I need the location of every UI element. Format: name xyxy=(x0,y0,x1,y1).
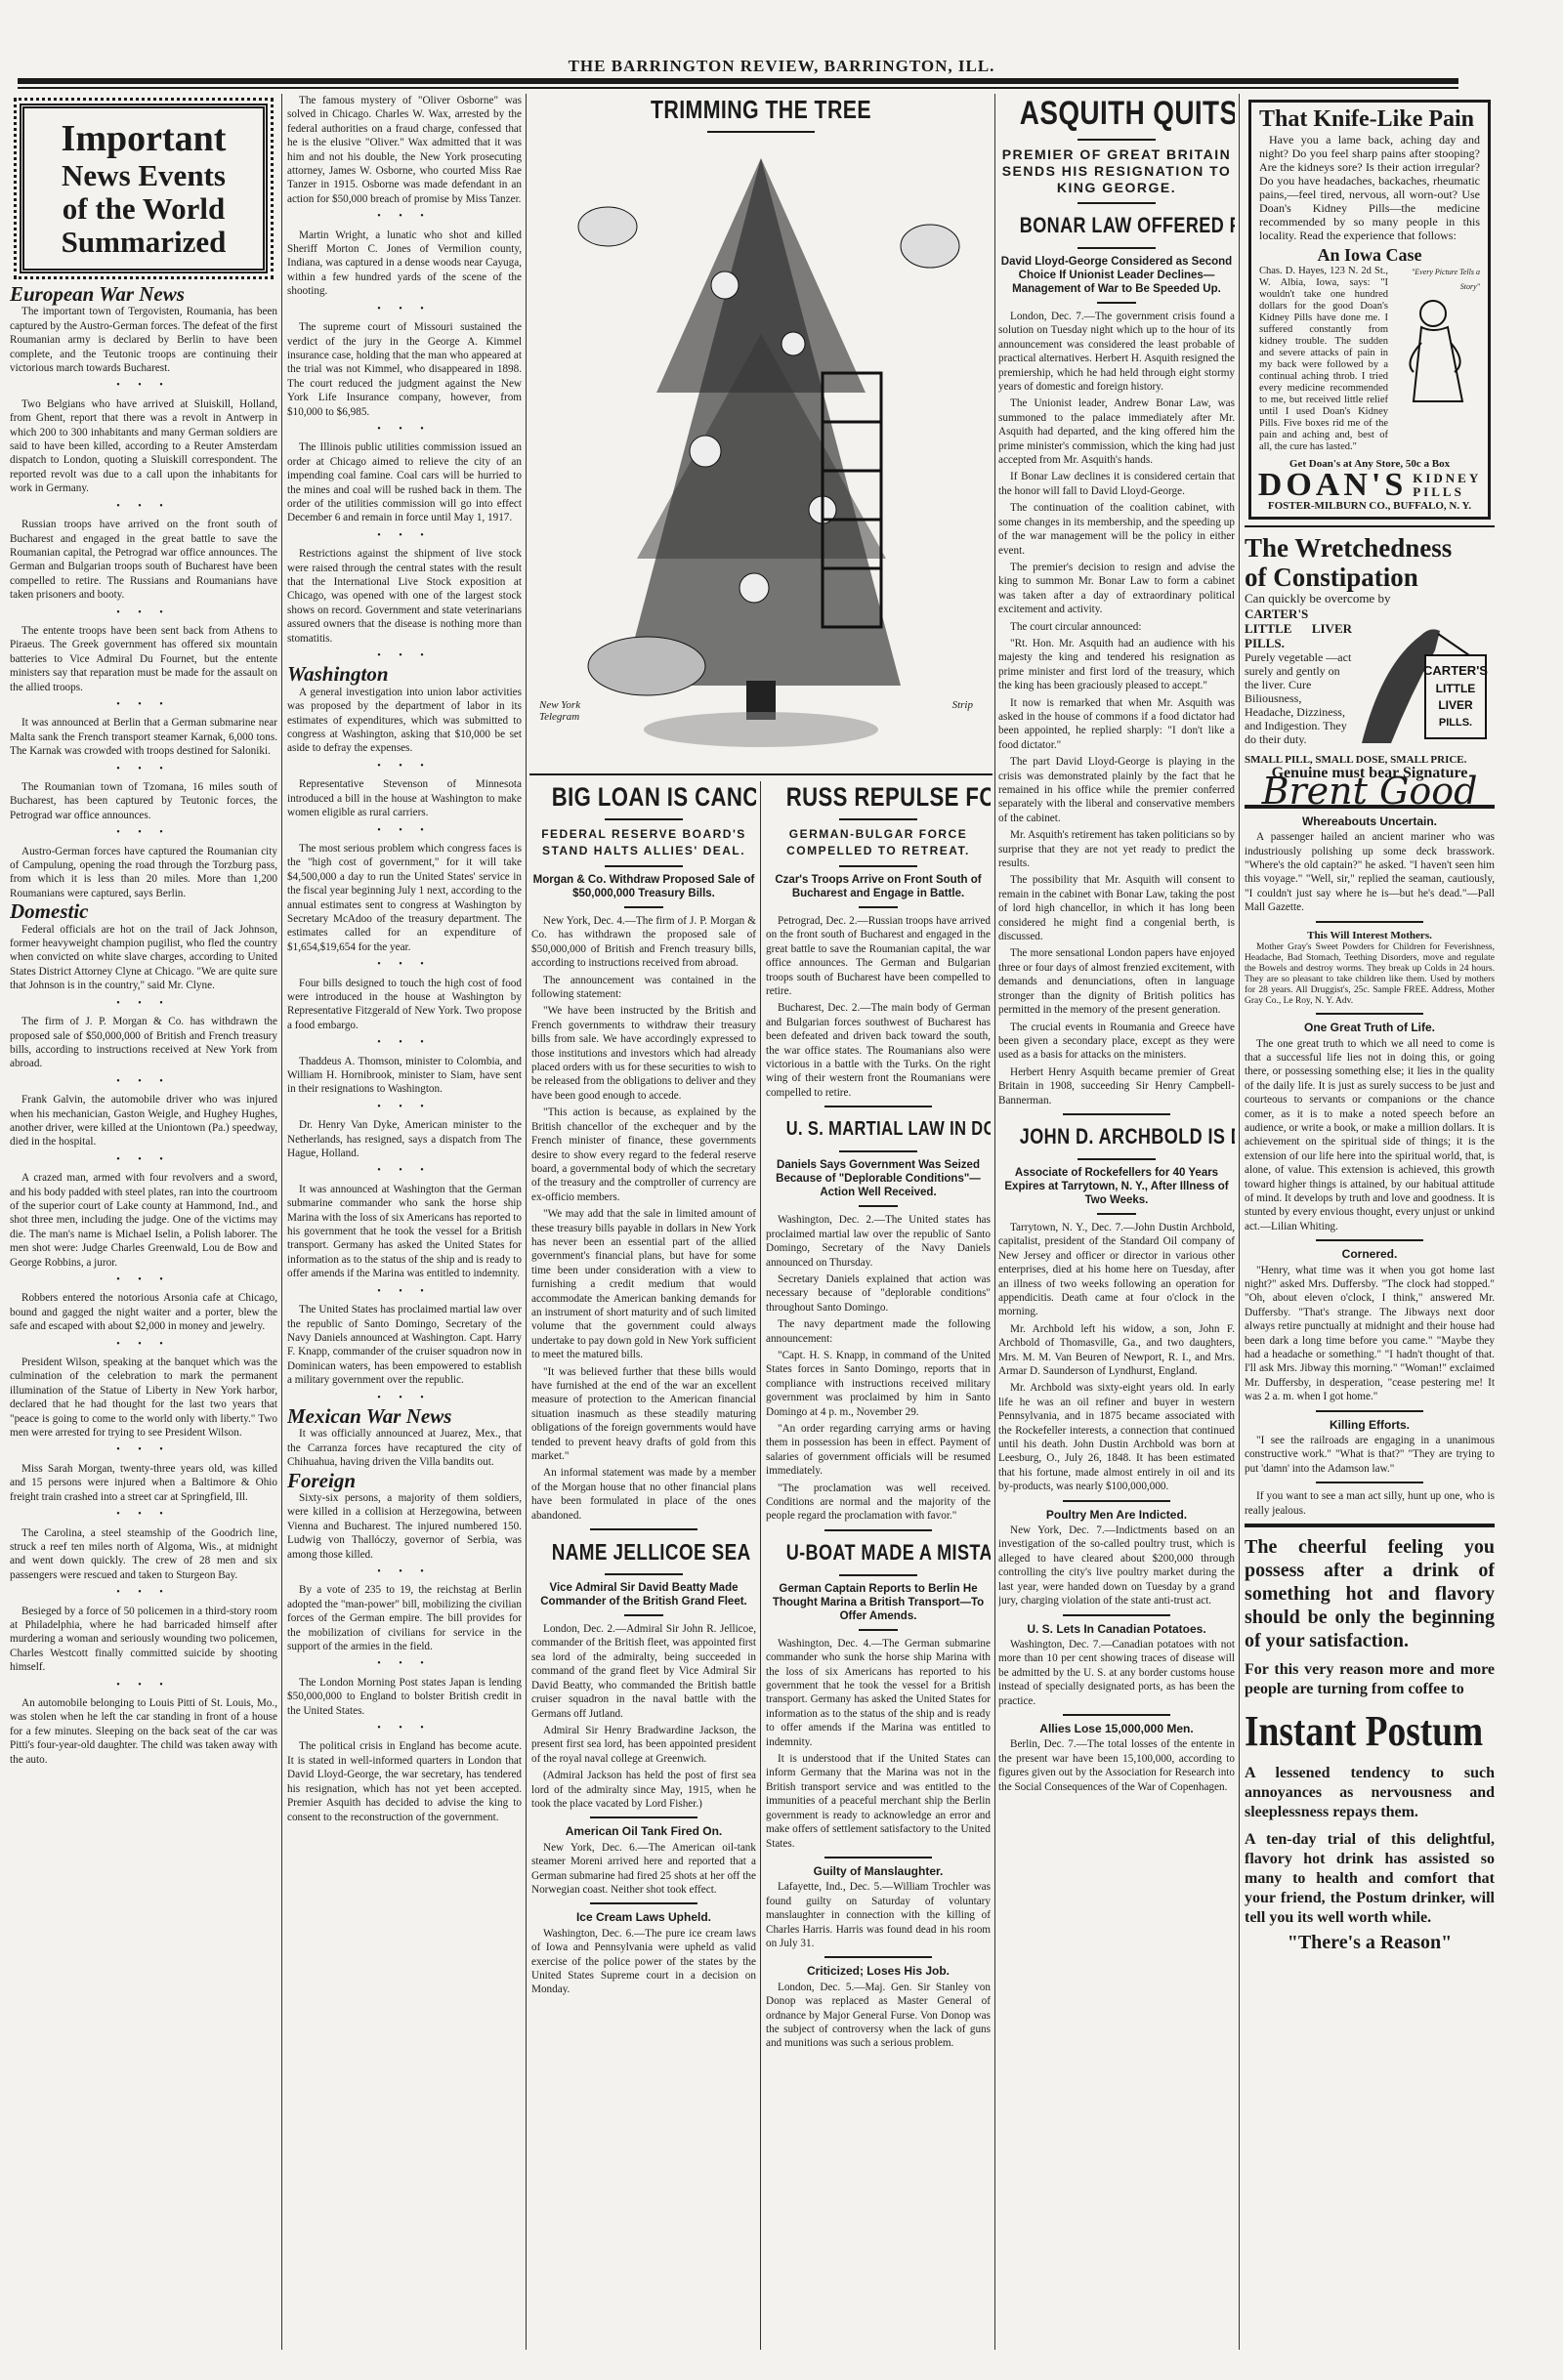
brief-heading: Cornered. xyxy=(1245,1247,1495,1261)
article-paragraph: The crucial events in Roumania and Greec… xyxy=(998,1021,1235,1063)
rule xyxy=(624,906,663,908)
article-paragraph: The Unionist leader, Andrew Bonar Law, w… xyxy=(998,397,1235,467)
summary-title: Important xyxy=(28,118,259,159)
rule xyxy=(859,906,898,908)
ad-maker: FOSTER-MILBURN CO., BUFFALO, N. Y. xyxy=(1259,499,1480,513)
section-heading-mexican: Mexican War News xyxy=(287,1409,522,1423)
rule xyxy=(1097,302,1136,304)
brief-text: If you want to see a man act silly, hunt… xyxy=(1245,1489,1495,1518)
subheadline: David Lloyd-George Considered as Second … xyxy=(998,255,1235,296)
separator-dots: • • • xyxy=(287,423,522,437)
news-item: Representative Stevenson of Minnesota in… xyxy=(287,777,522,819)
separator-dots: • • • xyxy=(10,1443,277,1457)
rule xyxy=(605,818,683,820)
rule xyxy=(529,773,993,775)
rule xyxy=(1063,1113,1170,1115)
column-divider xyxy=(281,94,282,2350)
news-item: Frank Galvin, the automobile driver who … xyxy=(10,1093,277,1149)
separator-dots: • • • xyxy=(10,606,277,620)
rule xyxy=(1077,202,1156,204)
ad-text: For this very reason more and more peopl… xyxy=(1245,1660,1495,1699)
article-paragraph: It is understood that if the United Stat… xyxy=(766,1752,991,1851)
article-paragraph: The navy department made the following a… xyxy=(766,1317,991,1346)
brief-heading: Guilty of Manslaughter. xyxy=(766,1864,991,1878)
summary-title: of the World xyxy=(28,192,259,226)
rule xyxy=(1245,525,1495,527)
article-paragraph: London, Dec. 7.—The government crisis fo… xyxy=(998,310,1235,394)
christmas-tree-illustration xyxy=(529,139,993,764)
article-paragraph: Mr. Archbold left his widow, a son, John… xyxy=(998,1322,1235,1379)
column-ads: That Knife-Like Pain Have you a lame bac… xyxy=(1245,94,1495,2369)
separator-dots: • • • xyxy=(10,379,277,393)
separator-dots: • • • xyxy=(287,1657,522,1671)
news-item: The famous mystery of "Oliver Osborne" w… xyxy=(287,94,522,206)
rule xyxy=(839,865,917,867)
man-illustration: "Every Picture Tells a Story" xyxy=(1394,266,1480,453)
news-item: The Illinois public utilities commission… xyxy=(287,440,522,524)
separator-dots: • • • xyxy=(10,1508,277,1522)
article-paragraph: "Rt. Hon. Mr. Asquith had an audience wi… xyxy=(998,637,1235,693)
separator-dots: • • • xyxy=(287,1392,522,1405)
article-paragraph: It now is remarked that when Mr. Asquith… xyxy=(998,696,1235,753)
brief-heading: U. S. Lets In Canadian Potatoes. xyxy=(998,1622,1235,1636)
separator-dots: • • • xyxy=(287,1036,522,1050)
article-paragraph: The part David Lloyd-George is playing i… xyxy=(998,755,1235,825)
rule xyxy=(1063,1614,1170,1616)
news-item: Federal officials are hot on the trail o… xyxy=(10,923,277,993)
picture-caption: "Every Picture Tells a Story" xyxy=(1394,266,1480,294)
ad-body: Have you a lame back, aching day and nig… xyxy=(1259,133,1480,242)
cartoon: TRIMMING THE TREE New York Telegram Stri… xyxy=(529,94,993,777)
rule xyxy=(1063,1714,1170,1716)
separator-dots: • • • xyxy=(10,763,277,776)
brief-heading: American Oil Tank Fired On. xyxy=(531,1824,756,1838)
news-item: President Wilson, speaking at the banque… xyxy=(10,1356,277,1440)
news-item: Miss Sarah Morgan, twenty-three years ol… xyxy=(10,1462,277,1504)
section-heading-foreign: Foreign xyxy=(287,1474,522,1487)
headline-asquith: ASQUITH QUITS POST xyxy=(1020,94,1213,133)
brief-heading: Allies Lose 15,000,000 Men. xyxy=(998,1722,1235,1735)
news-item: The United States has proclaimed martial… xyxy=(287,1303,522,1387)
svg-text:PILLS.: PILLS. xyxy=(1439,717,1472,729)
brand-sub: PILLS xyxy=(1413,485,1481,499)
column-divider xyxy=(526,94,527,2350)
article-paragraph: (Admiral Jackson has held the post of fi… xyxy=(531,1769,756,1811)
ad-text: A lessened tendency to such annoyances a… xyxy=(1245,1764,1495,1822)
rule xyxy=(859,1629,898,1631)
separator-dots: • • • xyxy=(287,210,522,224)
summary-title: Summarized xyxy=(28,226,259,259)
subheadline: Czar's Troops Arrive on Front South of B… xyxy=(766,873,991,900)
ad-body: Purely vegetable —act surely and gently … xyxy=(1245,650,1352,746)
separator-dots: • • • xyxy=(10,1153,277,1167)
headline-big-loan: BIG LOAN IS CANCELED xyxy=(552,781,737,813)
article-paragraph: London, Dec. 2.—Admiral Sir John R. Jell… xyxy=(531,1622,756,1721)
postum-advertisement: The cheerful feeling you possess after a… xyxy=(1245,1535,1495,1949)
headline-archbold: JOHN D. ARCHBOLD IS DEAD xyxy=(1020,1121,1213,1152)
news-item: The London Morning Post states Japan is … xyxy=(287,1676,522,1718)
article-paragraph: Petrograd, Dec. 2.—Russian troops have a… xyxy=(766,914,991,998)
brand-sub: KIDNEY xyxy=(1413,472,1481,485)
rule xyxy=(839,818,917,820)
news-item: Restrictions against the shipment of liv… xyxy=(287,547,522,646)
carters-brand: CARTER'S LITTLE LIVER PILLS. xyxy=(1245,606,1352,650)
news-item: The important town of Tergovisten, Rouma… xyxy=(10,305,277,375)
news-item: Russian troops have arrived on the front… xyxy=(10,518,277,602)
separator-dots: • • • xyxy=(10,1679,277,1692)
subheadline: PREMIER OF GREAT BRITAIN SENDS HIS RESIG… xyxy=(998,146,1235,196)
article-paragraph: Washington, Dec. 2.—The United states ha… xyxy=(766,1213,991,1270)
cartoon-credit: New York Telegram xyxy=(539,699,598,723)
news-item: The political crisis in England has beco… xyxy=(287,1739,522,1823)
rule xyxy=(1077,1158,1156,1160)
subheadline: FEDERAL RESERVE BOARD'S STAND HALTS ALLI… xyxy=(531,826,756,859)
rule xyxy=(824,1106,932,1107)
separator-dots: • • • xyxy=(287,760,522,773)
rule xyxy=(605,865,683,867)
section-heading-washington: Washington xyxy=(287,667,522,681)
column-divider xyxy=(1239,94,1240,2350)
svg-text:LITTLE: LITTLE xyxy=(1436,682,1476,695)
separator-dots: • • • xyxy=(287,1101,522,1114)
news-item: It was announced at Washington that the … xyxy=(287,1183,522,1281)
ad-title: of Constipation xyxy=(1245,563,1495,592)
news-item: Besieged by a force of 50 policemen in a… xyxy=(10,1605,277,1675)
rule xyxy=(839,1150,917,1152)
article-paragraph: The court circular announced: xyxy=(998,620,1235,634)
column-russ: RUSS REPULSE FOE GERMAN-BULGAR FORCE COM… xyxy=(766,781,991,2363)
rule xyxy=(824,1956,932,1958)
man-holding-back-icon xyxy=(1394,294,1480,411)
article-paragraph: Bucharest, Dec. 2.—The main body of Germ… xyxy=(766,1001,991,1100)
column-divider xyxy=(994,94,995,2350)
separator-dots: • • • xyxy=(287,303,522,316)
news-item: Dr. Henry Van Dyke, American minister to… xyxy=(287,1118,522,1160)
headline-russ-repulse: RUSS REPULSE FOE xyxy=(786,781,971,813)
brief-text: "I see the railroads are engaging in a u… xyxy=(1245,1434,1495,1476)
separator-dots: • • • xyxy=(287,824,522,838)
rule xyxy=(859,1205,898,1207)
subheadline: Vice Admiral Sir David Beatty Made Comma… xyxy=(531,1581,756,1608)
article-paragraph: Mr. Archbold was sixty-eight years old. … xyxy=(998,1381,1235,1493)
rule xyxy=(590,1816,697,1818)
article-paragraph: The continuation of the coalition cabine… xyxy=(998,501,1235,558)
subheadline: Daniels Says Government Was Seized Becau… xyxy=(766,1158,991,1199)
brief-text: A passenger hailed an ancient mariner wh… xyxy=(1245,830,1495,914)
rule xyxy=(590,1528,697,1530)
rule xyxy=(1316,921,1423,923)
section-heading-european: European War News xyxy=(10,287,277,301)
news-item: The most serious problem which congress … xyxy=(287,842,522,954)
ad-title: The Wretchedness xyxy=(1245,533,1495,563)
article-paragraph: The premier's decision to resign and adv… xyxy=(998,561,1235,617)
rule xyxy=(1077,247,1156,249)
brief-text: The one great truth to which we all need… xyxy=(1245,1037,1495,1234)
rule xyxy=(1316,1410,1423,1412)
article-paragraph: The announcement was contained in the fo… xyxy=(531,974,756,1002)
news-item: By a vote of 235 to 19, the reichstag at… xyxy=(287,1583,522,1653)
masthead-rule xyxy=(18,78,1458,84)
testimonial-text: Chas. D. Hayes, 123 N. 2d St., W. Albia,… xyxy=(1259,266,1388,453)
article-paragraph: "Capt. H. S. Knapp, in command of the Un… xyxy=(766,1349,991,1419)
news-item: Four bills designed to touch the high co… xyxy=(287,977,522,1033)
headline-martial-law: U. S. MARTIAL LAW IN DOMINGO xyxy=(786,1113,971,1145)
cartoon-artist-signature: Strip xyxy=(952,699,973,711)
column-summary: Important News Events of the World Summa… xyxy=(10,94,277,2369)
article-paragraph: Herbert Henry Asquith became premier of … xyxy=(998,1065,1235,1107)
brief-heading: Poultry Men Are Indicted. xyxy=(998,1508,1235,1522)
rule xyxy=(1063,1500,1170,1502)
news-item: A general investigation into union labor… xyxy=(287,686,522,756)
article-paragraph: "It was believed further that these bill… xyxy=(531,1365,756,1464)
brief-heading: Whereabouts Uncertain. xyxy=(1245,814,1495,828)
svg-text:CARTER'S: CARTER'S xyxy=(1423,663,1488,678)
news-item: Austro-German forces have captured the R… xyxy=(10,845,277,901)
summary-title: News Events xyxy=(28,159,259,192)
rule xyxy=(1097,1213,1136,1215)
summary-box: Important News Events of the World Summa… xyxy=(20,104,268,273)
rule xyxy=(707,131,815,133)
separator-dots: • • • xyxy=(10,826,277,840)
section-heading-domestic: Domestic xyxy=(10,904,277,918)
rule xyxy=(1316,1013,1423,1015)
ad-tagline: "There's a Reason" xyxy=(1245,1936,1495,1949)
ad-title: That Knife-Like Pain xyxy=(1259,106,1480,133)
brief-text: Lafayette, Ind., Dec. 5.—William Trochle… xyxy=(766,1880,991,1950)
news-item: Robbers entered the notorious Arsonia ca… xyxy=(10,1291,277,1333)
carters-advertisement: The Wretchedness of Constipation Can qui… xyxy=(1245,533,1495,799)
article-paragraph: Tarrytown, N. Y., Dec. 7.—John Dustin Ar… xyxy=(998,1221,1235,1319)
ad-text: The cheerful feeling you possess after a… xyxy=(1245,1535,1495,1652)
rule xyxy=(824,1529,932,1531)
brief-text: Berlin, Dec. 7.—The total losses of the … xyxy=(998,1737,1235,1794)
brief-heading: Criticized; Loses His Job. xyxy=(766,1964,991,1978)
masthead: THE BARRINGTON REVIEW, BARRINGTON, ILL. xyxy=(0,57,1563,76)
article-paragraph: "We may add that the sale in limited amo… xyxy=(531,1207,756,1361)
brief-heading: This Will Interest Mothers. xyxy=(1245,929,1495,942)
brief-text: Washington, Dec. 6.—The pure ice cream l… xyxy=(531,1927,756,1997)
brief-heading: One Great Truth of Life. xyxy=(1245,1021,1495,1034)
rule xyxy=(1316,1482,1423,1483)
separator-dots: • • • xyxy=(287,529,522,543)
separator-dots: • • • xyxy=(287,1164,522,1178)
article-paragraph: "This action is because, as explained by… xyxy=(531,1106,756,1204)
postum-brand: Instant Postum xyxy=(1245,1707,1457,1756)
rule xyxy=(824,1857,932,1858)
rule xyxy=(605,1573,683,1575)
headline-bonar-law: BONAR LAW OFFERED POST xyxy=(1020,210,1213,241)
brief-heading: Killing Efforts. xyxy=(1245,1418,1495,1432)
separator-dots: • • • xyxy=(10,1338,277,1352)
separator-dots: • • • xyxy=(10,1586,277,1600)
separator-dots: • • • xyxy=(10,698,277,712)
headline-jellicoe: NAME JELLICOE SEA LORD xyxy=(552,1536,737,1567)
column-asquith: ASQUITH QUITS POST PREMIER OF GREAT BRIT… xyxy=(998,94,1235,2369)
cartoon-title: TRIMMING THE TREE xyxy=(571,94,951,125)
article-paragraph: Mr. Asquith's retirement has taken polit… xyxy=(998,828,1235,870)
rule xyxy=(1316,1239,1423,1241)
ad-subtitle: An Iowa Case xyxy=(1259,248,1480,262)
news-item: It was officially announced at Juarez, M… xyxy=(287,1427,522,1469)
article-paragraph: The possibility that Mr. Asquith will co… xyxy=(998,873,1235,943)
article-paragraph: "The proclamation was well received. Con… xyxy=(766,1482,991,1524)
signature: Brent Good xyxy=(1245,784,1495,798)
news-item: The supreme court of Missouri sustained … xyxy=(287,320,522,419)
article-paragraph: The more sensational London papers have … xyxy=(998,946,1235,1017)
news-item: The Carolina, a steel steamship of the G… xyxy=(10,1526,277,1583)
article-paragraph: Secretary Daniels explained that action … xyxy=(766,1273,991,1315)
column-loan: BIG LOAN IS CANCELED FEDERAL RESERVE BOA… xyxy=(531,781,756,2363)
column-news-continued: The famous mystery of "Oliver Osborne" w… xyxy=(287,94,522,2369)
separator-dots: • • • xyxy=(10,997,277,1011)
subheadline: Morgan & Co. Withdraw Proposed Sale of $… xyxy=(531,873,756,900)
separator-dots: • • • xyxy=(287,1285,522,1299)
article-paragraph: If Bonar Law declines it is considered c… xyxy=(998,470,1235,498)
brief-text: London, Dec. 5.—Maj. Gen. Sir Stanley vo… xyxy=(766,1981,991,2051)
news-item: Two Belgians who have arrived at Sluiski… xyxy=(10,397,277,496)
subheadline: GERMAN-BULGAR FORCE COMPELLED TO RETREAT… xyxy=(766,826,991,859)
article-paragraph: "An order regarding carrying arms or hav… xyxy=(766,1422,991,1479)
subheadline: Associate of Rockefellers for 40 Years E… xyxy=(998,1166,1235,1207)
article-paragraph: New York, Dec. 4.—The firm of J. P. Morg… xyxy=(531,914,756,971)
brief-text: Mother Gray's Sweet Powders for Children… xyxy=(1245,942,1495,1007)
news-item: The Roumanian town of Tzomana, 16 miles … xyxy=(10,780,277,822)
column-divider xyxy=(760,781,761,2350)
brief-heading: Ice Cream Laws Upheld. xyxy=(531,1910,756,1924)
rule xyxy=(590,1902,697,1904)
separator-dots: • • • xyxy=(10,1274,277,1287)
separator-dots: • • • xyxy=(287,1566,522,1579)
brief-text: New York, Dec. 6.—The American oil-tank … xyxy=(531,1841,756,1898)
masthead-rule-thin xyxy=(18,87,1458,89)
ad-text: Can quickly be overcome by xyxy=(1245,592,1495,605)
article-paragraph: Admiral Sir Henry Bradwardine Jackson, t… xyxy=(531,1724,756,1766)
rule xyxy=(1077,139,1156,141)
subheadline: German Captain Reports to Berlin He Thou… xyxy=(766,1582,991,1623)
separator-dots: • • • xyxy=(287,958,522,972)
rule xyxy=(624,1614,663,1616)
rule xyxy=(839,1574,917,1576)
brief-text: "Henry, what time was it when you got ho… xyxy=(1245,1264,1495,1404)
brief-text: New York, Dec. 7.—Indictments based on a… xyxy=(998,1524,1235,1608)
separator-dots: • • • xyxy=(10,1075,277,1089)
separator-dots: • • • xyxy=(287,1722,522,1735)
article-paragraph: Washington, Dec. 4.—The German submarine… xyxy=(766,1637,991,1749)
news-item: Martin Wright, a lunatic who shot and ki… xyxy=(287,229,522,299)
ad-text: A ten-day trial of this delightful, flav… xyxy=(1245,1830,1495,1928)
doans-advertisement: That Knife-Like Pain Have you a lame bac… xyxy=(1248,100,1491,520)
headline-uboat: U-BOAT MADE A MISTAKE xyxy=(786,1537,971,1568)
doans-brand: DOAN'S xyxy=(1258,479,1407,492)
news-item: It was announced at Berlin that a German… xyxy=(10,716,277,758)
news-item: A crazed man, armed with four revolvers … xyxy=(10,1171,277,1270)
news-item: The entente troops have been sent back f… xyxy=(10,624,277,694)
news-item: An automobile belonging to Louis Pitti o… xyxy=(10,1696,277,1767)
brief-text: Washington, Dec. 7.—Canadian potatoes wi… xyxy=(998,1638,1235,1708)
article-paragraph: "We have been instructed by the British … xyxy=(531,1004,756,1103)
rule xyxy=(1245,1524,1495,1527)
bird-with-sign-icon: CARTER'S LITTLE LIVER PILLS. xyxy=(1352,606,1489,753)
svg-text:LIVER: LIVER xyxy=(1438,698,1473,712)
news-item: Thaddeus A. Thomson, minister to Colombi… xyxy=(287,1055,522,1097)
separator-dots: • • • xyxy=(10,500,277,514)
news-item: Sixty-six persons, a majority of them so… xyxy=(287,1491,522,1562)
article-paragraph: An informal statement was made by a memb… xyxy=(531,1466,756,1523)
news-item: The firm of J. P. Morgan & Co. has withd… xyxy=(10,1015,277,1071)
separator-dots: • • • xyxy=(287,649,522,663)
